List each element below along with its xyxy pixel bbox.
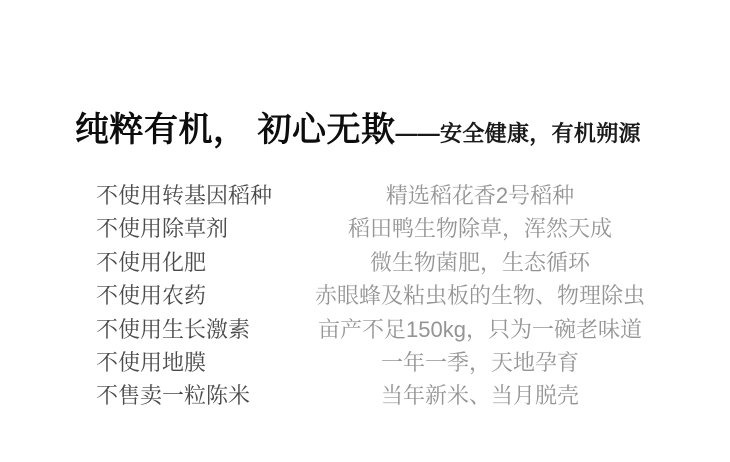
feature-row: 不使用化肥 微生物菌肥，生态循环 [96,246,680,279]
feature-label: 不使用化肥 [96,246,280,279]
title-subtitle: ——安全健康，有机朔源 [395,121,640,146]
feature-label: 不使用除草剂 [96,212,280,245]
feature-row: 不使用除草剂 稻田鸭生物除草，浑然天成 [96,212,680,245]
feature-label: 不使用农药 [96,279,280,312]
section-title: 纯粹有机， 初心无欺——安全健康，有机朔源 [75,109,641,158]
feature-list: 不使用转基因稻种 精选稻花香2号稻种 不使用除草剂 稻田鸭生物除草，浑然天成 不… [96,179,680,413]
feature-detail: 一年一季，天地孕育 [280,346,680,379]
feature-detail: 亩产不足150kg，只为一碗老味道 [280,313,680,346]
feature-label: 不使用转基因稻种 [96,179,280,212]
feature-detail: 微生物菌肥，生态循环 [280,246,680,279]
feature-row: 不售卖一粒陈米 当年新米、当月脱壳 [96,379,680,412]
feature-detail: 赤眼蜂及粘虫板的生物、物理除虫 [280,279,680,312]
feature-label: 不使用地膜 [96,346,280,379]
feature-detail: 当年新米、当月脱壳 [280,379,680,412]
feature-detail: 精选稻花香2号稻种 [280,179,680,212]
feature-label: 不售卖一粒陈米 [96,379,280,412]
title-main: 纯粹有机， 初心无欺 [75,111,395,149]
feature-detail: 稻田鸭生物除草，浑然天成 [280,212,680,245]
feature-row: 不使用农药 赤眼蜂及粘虫板的生物、物理除虫 [96,279,680,312]
feature-row: 不使用生长激素 亩产不足150kg，只为一碗老味道 [96,313,680,346]
feature-label: 不使用生长激素 [96,313,280,346]
feature-row: 不使用转基因稻种 精选稻花香2号稻种 [96,179,680,212]
feature-row: 不使用地膜 一年一季，天地孕育 [96,346,680,379]
product-description-page: 纯粹有机， 初心无欺——安全健康，有机朔源 不使用转基因稻种 精选稻花香2号稻种… [0,0,730,462]
